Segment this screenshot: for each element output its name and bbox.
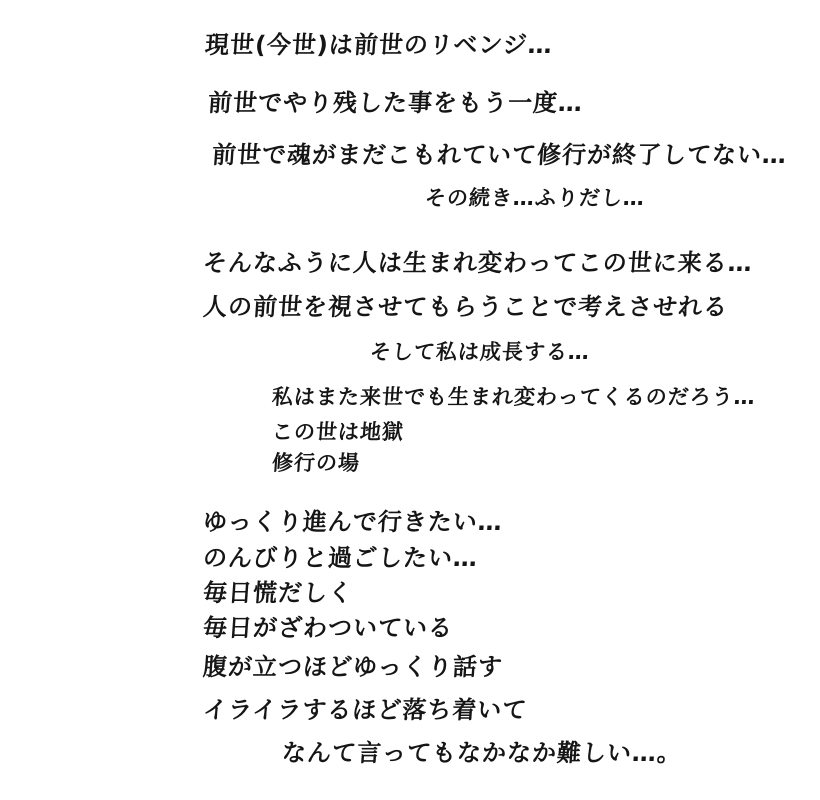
poem-line: そんなふうに人は生まれ変わってこの世に来る… [202,248,754,278]
poem-line: 毎日がざわついている [202,613,454,643]
poem-line: その続き…ふりだし… [424,183,646,213]
poem-line: なんて言ってもなかなか難しい…。 [281,738,683,768]
poem-line: 前世でやり残した事をもう一度… [207,88,584,118]
poem-line: ゆっくり進んで行きたい… [202,507,504,537]
poem-line: そして私は成長する… [369,337,591,367]
poem-line: この世は地獄 [271,417,405,447]
poem-line: のんびりと過ごしたい… [202,543,479,573]
poem-line: イライラするほど落ち着いて [202,695,528,725]
handwritten-poem-page: 現世(今世)は前世のリベンジ… 前世でやり残した事をもう一度… 前世で魂がまだこ… [0,0,820,800]
poem-line: 私はまた来世でも生まれ変わってくるのだろう… [271,382,757,412]
poem-line: 人の前世を視させてもらうことで考えさせれる [202,292,729,322]
poem-line: 腹が立つほどゆっくり話す [202,652,504,682]
poem-line: 修行の場 [271,448,361,478]
poem-line: 現世(今世)は前世のリベンジ… [204,30,554,60]
poem-line: 前世で魂がまだこもれていて修行が終了してない… [211,140,788,170]
poem-line: 毎日慌だしく [202,578,354,608]
